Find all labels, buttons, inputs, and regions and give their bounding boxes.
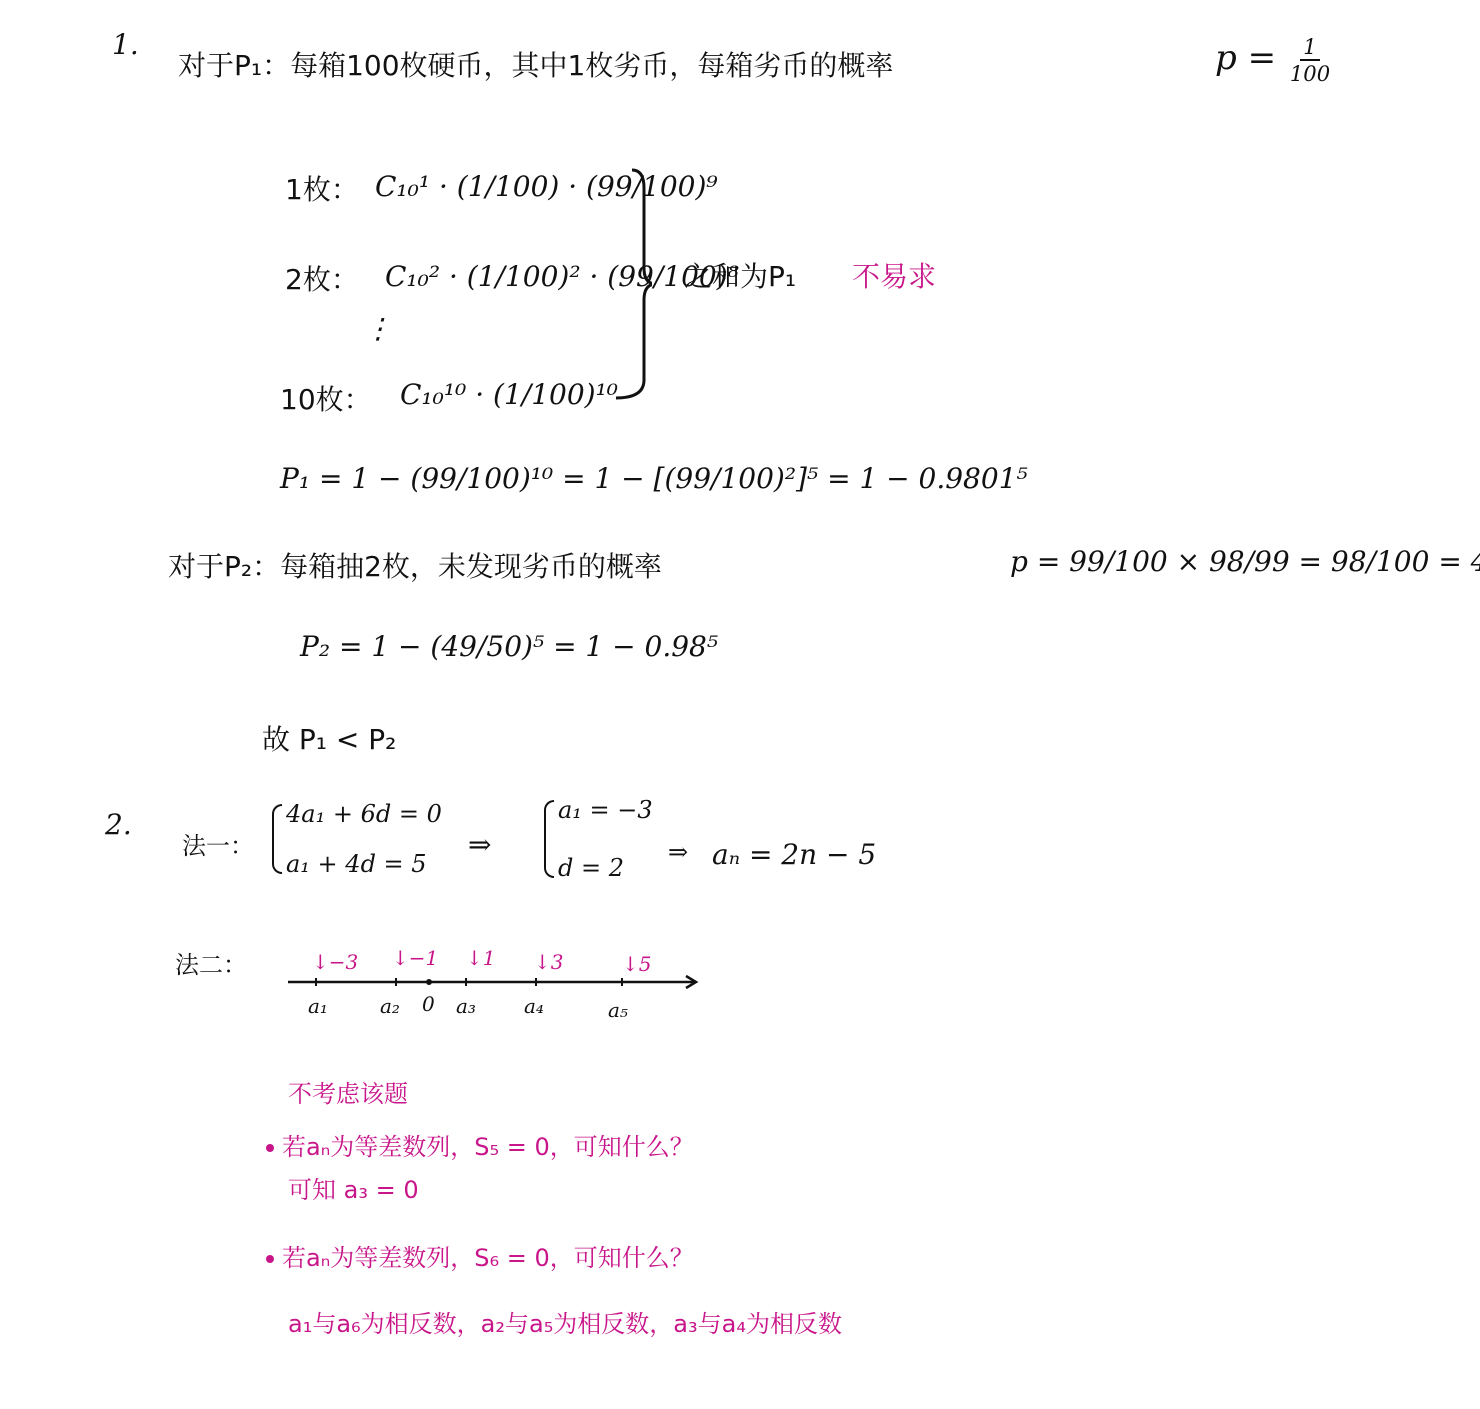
p1-intro: 对于P₁：每箱100枚硬币，其中1枚劣币，每箱劣币的概率 [178, 44, 893, 84]
notes-bullet-2-text: 若aₙ为等差数列，S₆ = 0，可知什么？ [282, 1244, 694, 1272]
system-1: 4a₁ + 6d = 0 a₁ + 4d = 5 [268, 800, 442, 878]
nl-label-a4: a₄ [524, 994, 544, 1018]
notes-bullet-1-text: 若aₙ为等差数列，S₅ = 0，可知什么？ [282, 1133, 694, 1161]
implies-arrow-1: ⇒ [468, 828, 491, 861]
p1-result: P₁ = 1 − (99/100)¹⁰ = 1 − [(99/100)²]⁵ =… [280, 462, 1028, 495]
p2-prob: p = 99/100 × 98/99 = 98/100 = 49/50 [1010, 545, 1480, 578]
case-10-label: 10枚： [280, 378, 372, 418]
conclusion: 故 P₁ < P₂ [262, 718, 396, 758]
case-ellipsis: ⋮ [364, 312, 392, 345]
nl-label-0: 0 [422, 992, 435, 1016]
sum-note: 之和为P₁ [684, 255, 796, 295]
case-2-label: 2枚： [285, 258, 359, 298]
general-term: aₙ = 2n − 5 [712, 838, 876, 871]
system-1-brace: 4a₁ + 6d = 0 a₁ + 4d = 5 [268, 800, 442, 878]
system-2-brace: a₁ = −3 d = 2 [540, 796, 653, 882]
p-denominator: 100 [1290, 61, 1330, 84]
bullet-dot-icon [266, 1144, 274, 1152]
hard-note: 不易求 [852, 255, 936, 295]
notes-bullet-2: 若aₙ为等差数列，S₆ = 0，可知什么？ [266, 1238, 694, 1273]
right-brace-icon [612, 168, 652, 400]
case-10-expr: C₁₀¹⁰ · (1/100)¹⁰ [400, 378, 618, 411]
p2-result: P₂ = 1 − (49/50)⁵ = 1 − 0.98⁵ [300, 630, 718, 663]
p1-prob-eq: p = 1 100 [1215, 36, 1333, 84]
nl-label-a2: a₂ [380, 994, 400, 1018]
nl-label-a3: a₃ [456, 994, 476, 1018]
system-1-eq-2: a₁ + 4d = 5 [286, 850, 442, 878]
bullet-dot-icon [266, 1255, 274, 1263]
system-2-eq-2: d = 2 [558, 854, 653, 882]
nl-annot-1: ↓−3 [312, 950, 358, 974]
case-1-label: 1枚： [285, 168, 359, 208]
nl-label-a1: a₁ [308, 994, 328, 1018]
nl-annot-2: ↓−1 [392, 946, 438, 970]
system-1-eq-1: 4a₁ + 6d = 0 [286, 800, 442, 828]
method-1-label: 法一： [182, 826, 254, 861]
notes-heading: 不考虑该题 [288, 1074, 408, 1109]
p-fraction: 1 100 [1290, 36, 1330, 84]
p-numerator: 1 [1300, 36, 1319, 61]
nl-label-a5: a₅ [608, 998, 628, 1022]
p2-intro: 对于P₂：每箱抽2枚，未发现劣币的概率 [168, 545, 662, 585]
implies-arrow-2: ⇒ [668, 838, 688, 866]
method-2-label: 法二： [175, 945, 247, 980]
problem-1-number: 1. [112, 28, 139, 61]
system-2: a₁ = −3 d = 2 [540, 796, 653, 882]
case-1-expr: C₁₀¹ · (1/100) · (99/100)⁹ [375, 170, 718, 203]
system-2-eq-1: a₁ = −3 [558, 796, 653, 824]
notes-bullet-1-answer: 可知 a₃ = 0 [288, 1170, 419, 1205]
problem-2-number: 2. [105, 808, 132, 841]
p-var: p = [1215, 38, 1276, 78]
nl-annot-3: ↓1 [466, 946, 495, 970]
notes-bullet-1: 若aₙ为等差数列，S₅ = 0，可知什么？ [266, 1127, 694, 1162]
nl-annot-5: ↓5 [622, 952, 651, 976]
notes-bullet-2-answer: a₁与a₆为相反数，a₂与a₅为相反数，a₃与a₄为相反数 [288, 1304, 842, 1339]
nl-annot-4: ↓3 [534, 950, 563, 974]
